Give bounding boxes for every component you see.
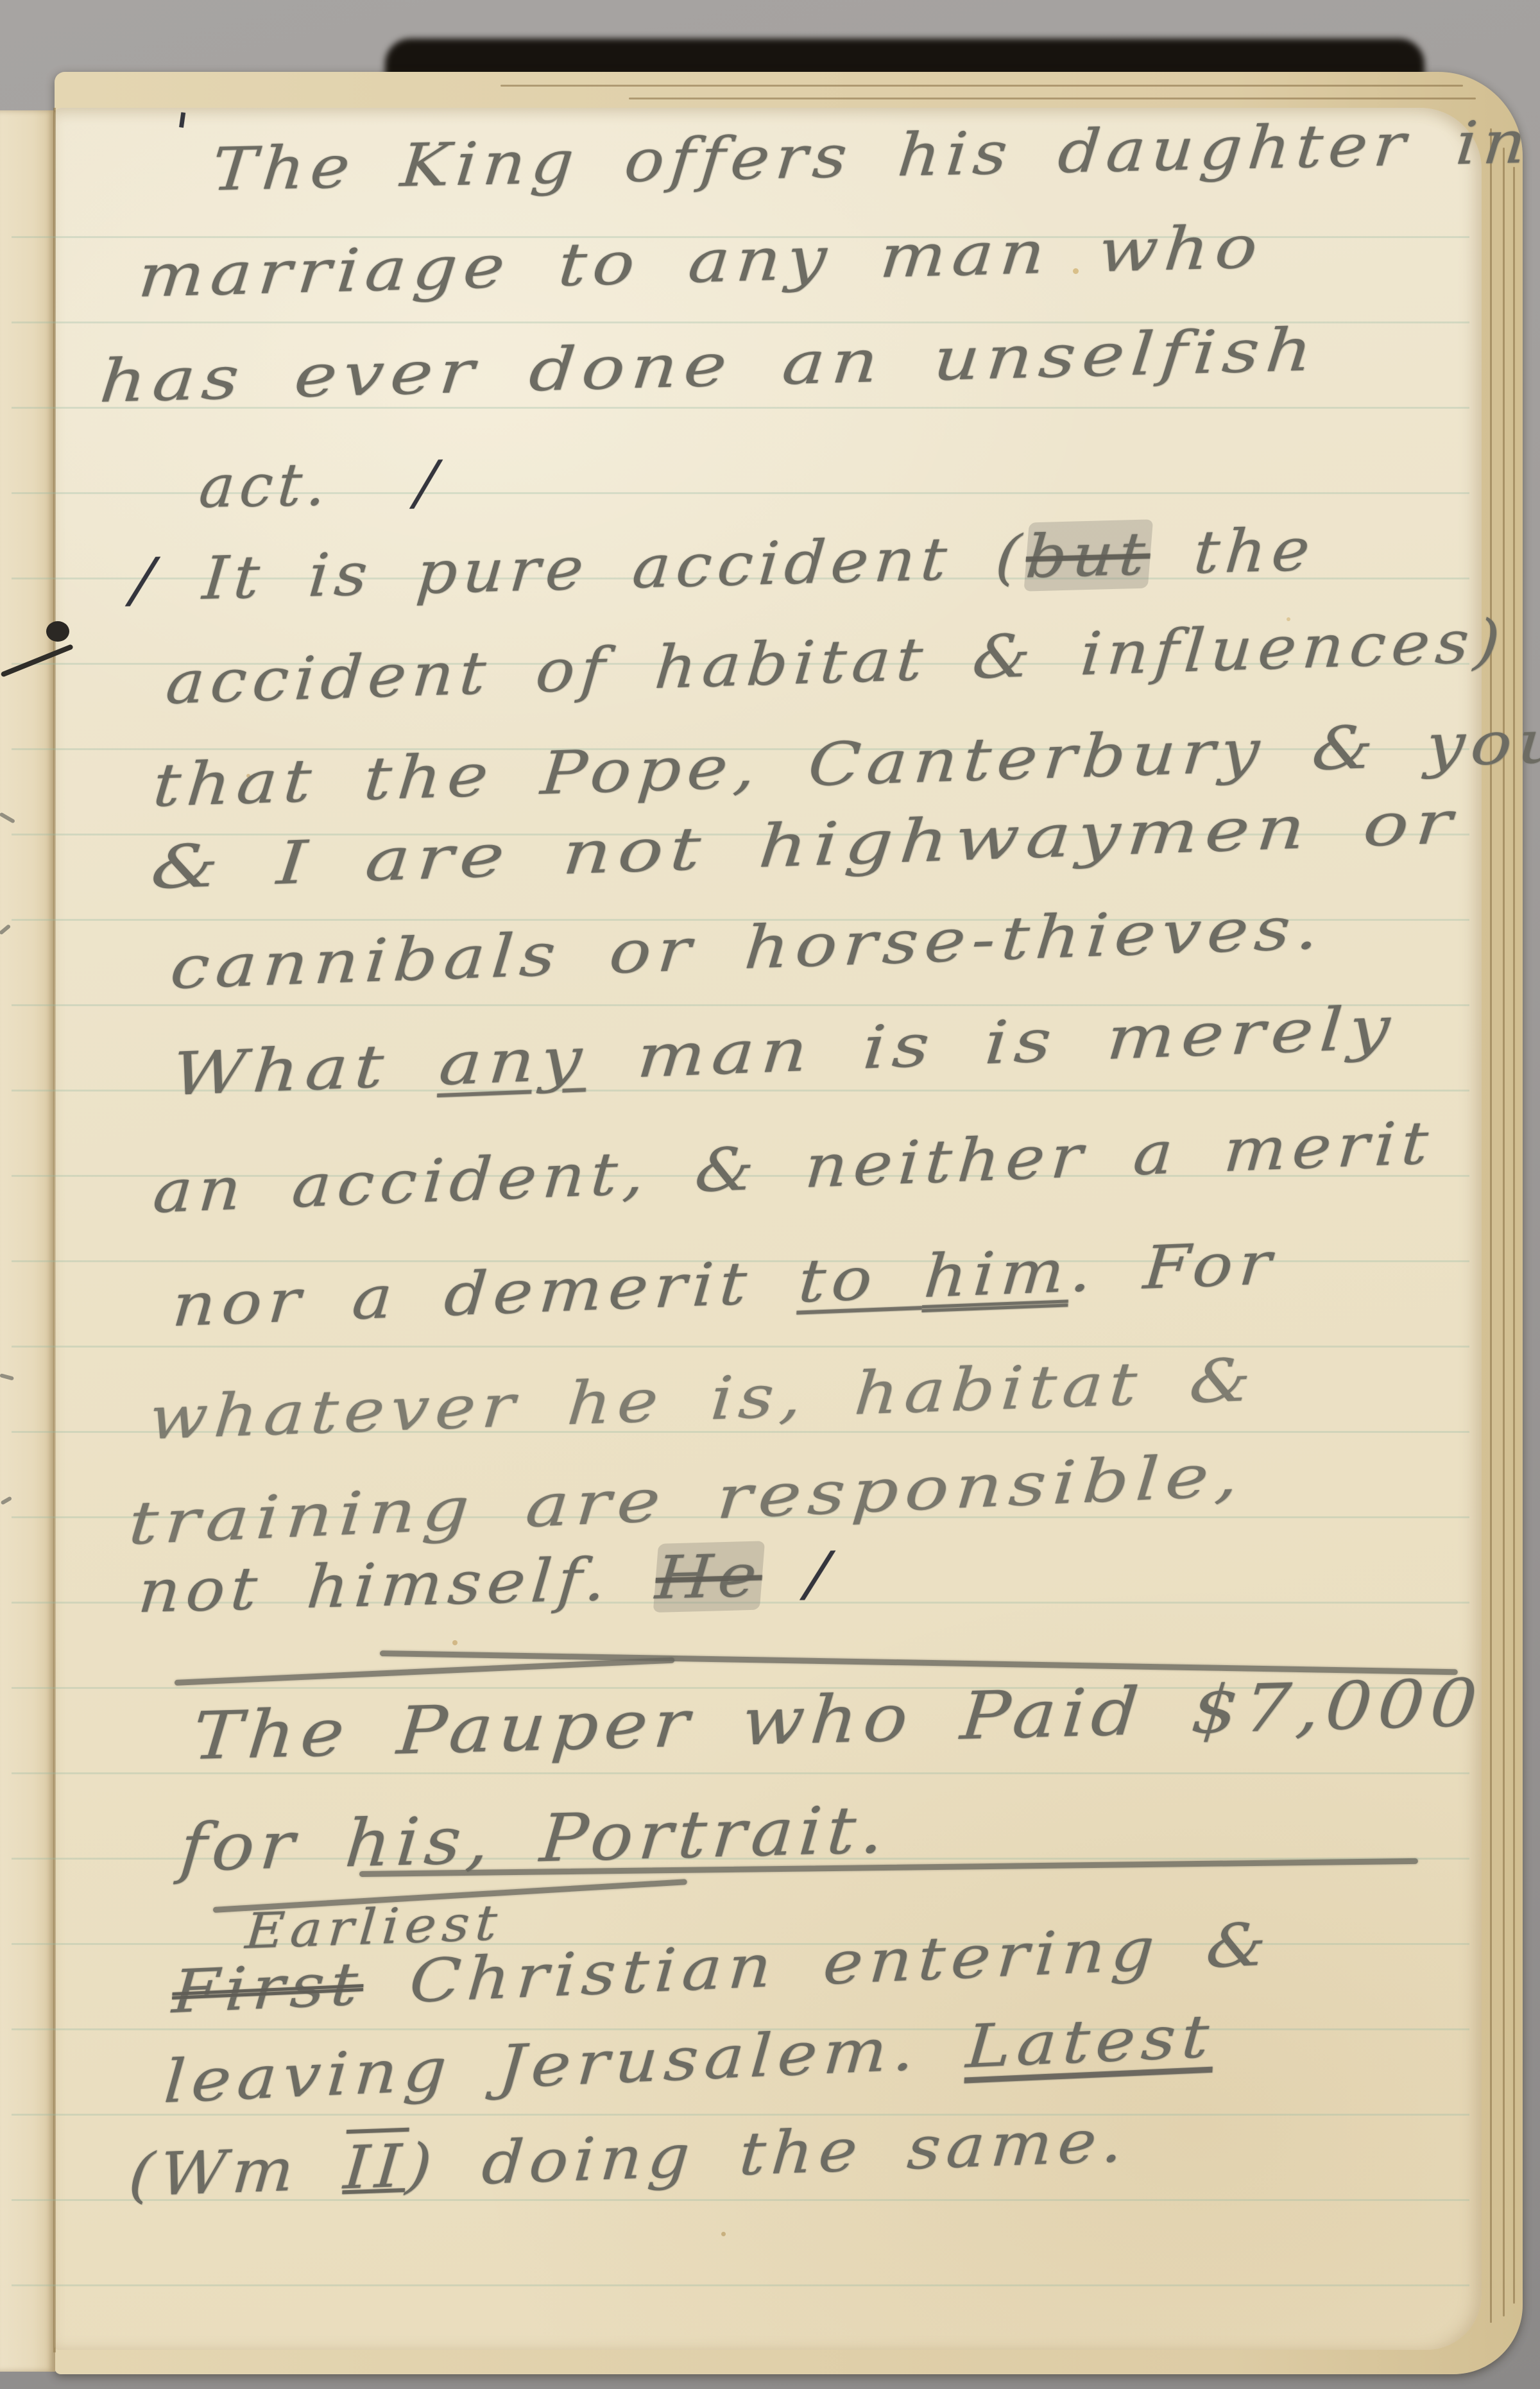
underlined-word: any: [437, 1024, 590, 1099]
struck-word: He: [653, 1541, 765, 1613]
line-text: What: [170, 1030, 441, 1109]
line-text: (Wm: [126, 2134, 346, 2210]
ink-blot: [46, 621, 69, 642]
ink-slash: /: [760, 1539, 837, 1609]
notebook-photograph: ' The King offers his daughter in marria…: [0, 0, 1540, 2389]
page-stack-seam: [629, 98, 1476, 99]
foxing-speck: [452, 1640, 458, 1645]
line-text: the: [1147, 515, 1317, 588]
foxing-speck: [721, 2232, 726, 2236]
line-text: not himself.: [136, 1544, 659, 1626]
manuscript-line: act. /: [196, 449, 444, 521]
struck-word: but: [1023, 519, 1153, 591]
page-stack-seam: [1503, 148, 1505, 2316]
page-stack-seam: [501, 85, 1463, 87]
roman-numeral: II: [341, 2132, 409, 2203]
line-text: . For: [1068, 1229, 1279, 1306]
line-text: act.: [196, 450, 334, 521]
page-stack-seam: [1490, 128, 1492, 2323]
page-stack-seam: [1513, 167, 1515, 2304]
underlined-word: to: [796, 1242, 927, 1316]
underlined-word: Latest: [964, 2001, 1217, 2081]
struck-word: First: [170, 1949, 365, 2026]
double-underlined-word: him: [921, 1237, 1072, 1311]
